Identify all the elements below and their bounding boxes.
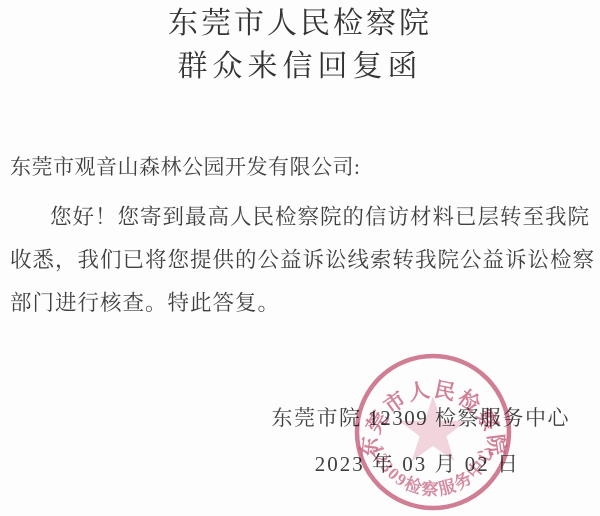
body-line-2: 收悉，我们已将您提供的公益诉讼线索转我院公益诉讼检察 bbox=[10, 239, 594, 282]
letter-body: 您好！您寄到最高人民检察院的信访材料已层转至我院 收悉，我们已将您提供的公益诉讼… bbox=[10, 196, 594, 325]
letter-page: 东莞市人民检察院 群众来信回复函 东莞市观音山森林公园开发有限公司: 您好！您寄… bbox=[0, 0, 600, 516]
letter-title-doc-type: 群众来信回复函 bbox=[0, 46, 600, 88]
signature-line: 东莞市院 12309 检察服务中心 bbox=[272, 402, 571, 432]
body-line-1: 您好！您寄到最高人民检察院的信访材料已层转至我院 bbox=[10, 196, 594, 239]
letter-header: 东莞市人民检察院 群众来信回复函 bbox=[0, 2, 600, 88]
body-line-3: 部门进行核查。特此答复。 bbox=[10, 282, 594, 325]
seal-ring bbox=[357, 356, 509, 508]
date-line: 2023 年 03 月 02 日 bbox=[315, 448, 520, 478]
letter-title-org: 东莞市人民检察院 bbox=[0, 2, 600, 46]
addressee-line: 东莞市观音山森林公园开发有限公司: bbox=[10, 151, 360, 181]
